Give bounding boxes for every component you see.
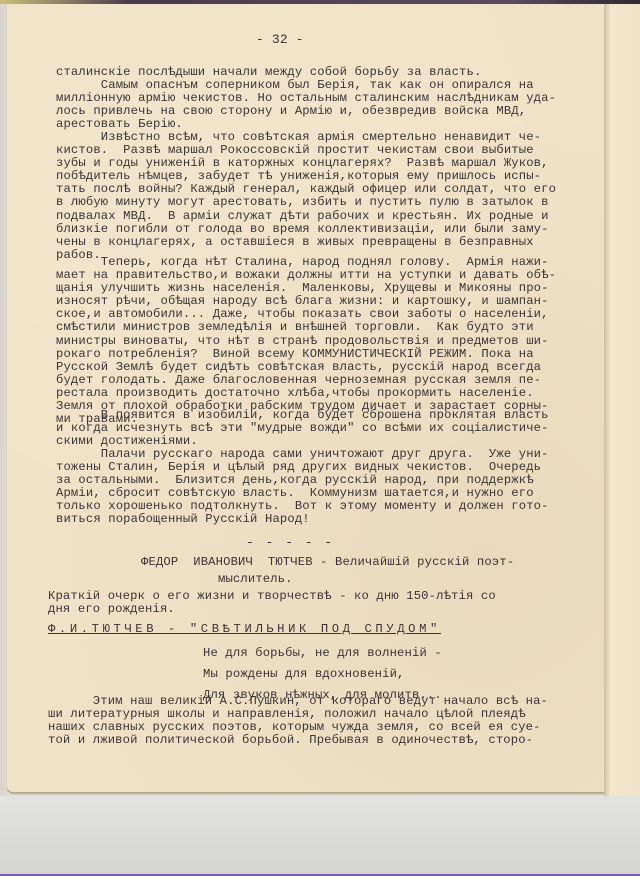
article-body: Этим наш великiй А.С.Пушкин, от котораго…: [48, 695, 548, 747]
paragraph-6: Палачи русскаго народа сами уничтожают д…: [56, 448, 549, 527]
scanner-bed: [0, 796, 640, 876]
article-title: Ф.И.ТЮТЧЕВ - "СВѢТИЛЬНИК ПОД СПУДОМ": [48, 623, 441, 636]
article-heading-continued: мыслитель.: [218, 573, 293, 586]
adjacent-page-edge: [604, 0, 640, 798]
article-subtitle: Краткiй очерк о его жизни и творчествѣ -…: [48, 590, 496, 616]
paragraph-4: Теперь, когда нѣт Сталина, народ поднял …: [56, 256, 556, 426]
page-number: - 32 -: [256, 33, 304, 46]
paragraph-5: В появится в изобилiи, когда будет сброш…: [56, 409, 549, 448]
scan-top-edge: [0, 0, 640, 4]
section-separator: - - - - -: [246, 536, 334, 549]
article-heading: ФЕДОР ИВАНОВИЧ ТЮТЧЕВ - Величайшiй русск…: [141, 556, 514, 569]
paragraph-3: Извѣстно всѣм, что совѣтская армiя смерт…: [56, 131, 556, 262]
paragraph-2: Самым опаснъм соперником был Берiя, так …: [56, 79, 556, 131]
